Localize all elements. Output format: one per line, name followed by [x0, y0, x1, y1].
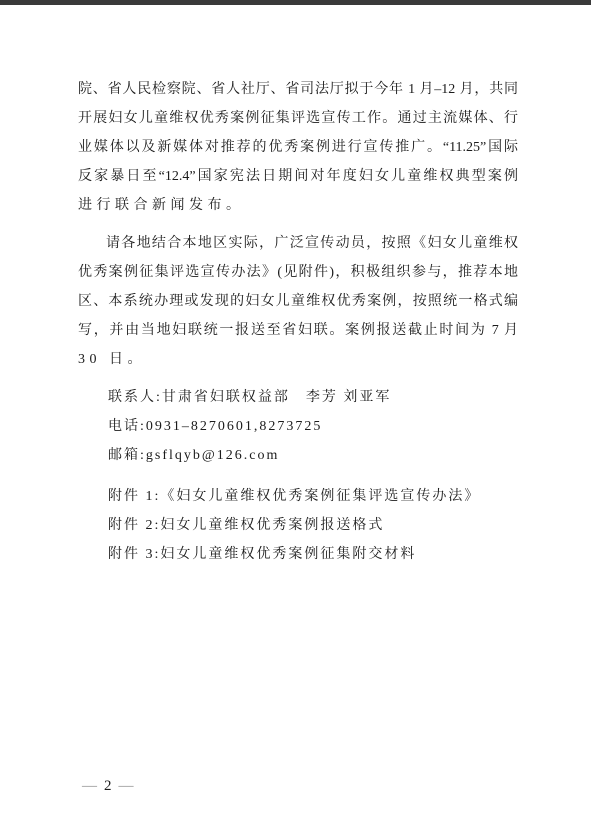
- attachments-block: 附件 1:《妇女儿童维权优秀案例征集评选宣传办法》 附件 2:妇女儿童维权优秀案…: [78, 482, 518, 569]
- body-text-line: 业媒体以及新媒体对推荐的优秀案例进行宣传推广。“11.25”国际: [78, 133, 518, 162]
- body-text-line: 优秀案例征集评选宣传办法》(见附件)，积极组织参与，推荐本地: [78, 258, 518, 287]
- paragraph-continuation: 院、省人民检察院、省人社厅、省司法厅拟于今年 1 月–12 月，共同 开展妇女儿…: [78, 75, 518, 220]
- attachment-item-1: 附件 1:《妇女儿童维权优秀案例征集评选宣传办法》: [78, 482, 518, 511]
- body-text-line: 30 日。: [78, 345, 518, 374]
- contact-person-line: 联系人:甘肃省妇联权益部 李芳 刘亚军: [78, 383, 518, 412]
- paragraph-instructions: 请各地结合本地区实际，广泛宣传动员，按照《妇女儿童维权 优秀案例征集评选宣传办法…: [78, 229, 518, 374]
- scan-edge-artifact: [0, 0, 591, 5]
- contact-info-block: 联系人:甘肃省妇联权益部 李芳 刘亚军 电话:0931–8270601,8273…: [78, 383, 518, 470]
- document-page: 院、省人民检察院、省人社厅、省司法厅拟于今年 1 月–12 月，共同 开展妇女儿…: [0, 0, 591, 824]
- body-text-line: 开展妇女儿童维权优秀案例征集评选宣传工作。通过主流媒体、行: [78, 104, 518, 133]
- contact-phone-line: 电话:0931–8270601,8273725: [78, 412, 518, 441]
- body-text-line: 院、省人民检察院、省人社厅、省司法厅拟于今年 1 月–12 月，共同: [78, 75, 518, 104]
- body-text-line: 写，并由当地妇联统一报送至省妇联。案例报送截止时间为 7 月: [78, 316, 518, 345]
- page-number: —2—: [76, 772, 141, 801]
- attachment-item-3: 附件 3:妇女儿童维权优秀案例征集附交材料: [78, 540, 518, 569]
- page-number-dash-right: —: [113, 778, 141, 794]
- page-number-dash-left: —: [76, 778, 104, 794]
- page-number-value: 2: [104, 778, 113, 794]
- attachment-item-2: 附件 2:妇女儿童维权优秀案例报送格式: [78, 511, 518, 540]
- contact-email-line: 邮箱:gsflqyb@126.com: [78, 441, 518, 470]
- body-text-line: 区、本系统办理或发现的妇女儿童维权优秀案例，按照统一格式编: [78, 287, 518, 316]
- body-text-line: 请各地结合本地区实际，广泛宣传动员，按照《妇女儿童维权: [78, 229, 518, 258]
- body-text-line: 反家暴日至“12.4”国家宪法日期间对年度妇女儿童维权典型案例: [78, 162, 518, 191]
- document-body: 院、省人民检察院、省人社厅、省司法厅拟于今年 1 月–12 月，共同 开展妇女儿…: [78, 75, 518, 569]
- body-text-line: 进行联合新闻发布。: [78, 191, 518, 220]
